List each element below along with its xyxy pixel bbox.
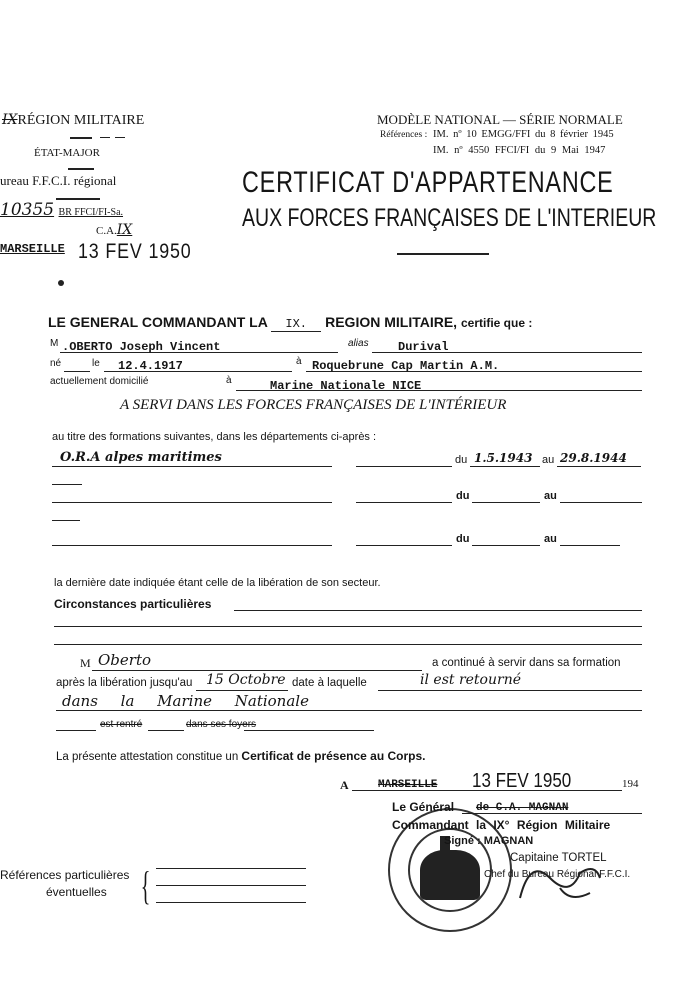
au-line [560,545,620,546]
general-label: Le Général [392,800,454,814]
reference-number-value: 10355 [0,200,54,220]
divider [70,137,92,139]
signe-line: Signé : MAGNAN [444,835,533,847]
du-label: du [455,454,467,466]
general-name: de C.A. MAGNAN [476,802,568,814]
stamp-date: 13 FEV 1950 [78,240,192,264]
ca-label: C.A.IX [96,222,132,238]
circumstances-line [54,626,642,627]
handwritten-signature [500,848,620,908]
formation-line [52,466,332,467]
ink-spot [58,280,64,286]
line [56,730,96,731]
du-label: du [456,490,469,502]
ca-value: IX [117,222,133,238]
attestation: La présente attestation constitue un Cer… [56,749,425,763]
formation-line [52,520,80,521]
domicile-field: Marine Nationale NICE [270,379,421,393]
du-line [472,545,540,546]
served-statement: A SERVI DANS LES FORCES FRANÇAISES DE L'… [120,397,506,414]
est-rentre: est rentré [100,719,142,730]
le-label: le [92,358,100,369]
alias-label: alias [348,338,369,349]
birth-date-field: 12.4.1917 [118,359,183,373]
formation-line [52,502,332,503]
formation-line [52,545,332,546]
region-number-handwritten: IX [2,112,18,128]
department-line [356,466,452,467]
region-label: RÉGION MILITAIRE [18,113,145,128]
status-2: dans la Marine Nationale [62,692,309,710]
certify-line: LE GENERAL COMMANDANT LA IX. REGION MILI… [48,314,532,332]
au-date: 29.8.1944 [560,451,627,465]
continuation-name: Oberto [98,651,151,669]
ne-line [64,371,90,372]
status-line [378,690,642,691]
commandant-line: Commandant la IX° Région Militaire [392,818,610,832]
du-label: du [456,533,469,545]
reference-line [156,902,306,903]
formation-name: O.R.A alpes maritimes [60,450,222,465]
formation-line [52,484,82,485]
date-text: date à laquelle [292,677,367,689]
divider [100,137,110,138]
seal-emblem [420,850,480,900]
brace-icon: { [141,862,151,909]
reference-number: 10355 BR FFCI/FI-Sa. [0,200,123,220]
status-1: il est retourné [420,672,521,688]
au-line [557,466,641,467]
reference-2: IM. nº 4550 FFCI/FI du 9 Mai 1947 [433,145,605,156]
etat-major-label: ÉTAT-MAJOR [34,147,100,159]
liberation-note: la dernière date indiquée étant celle de… [54,577,381,589]
alias-field: Durival [398,340,448,354]
references-label: Références : [380,130,427,140]
m-label: M [50,338,58,349]
references-label-2: éventuelles [46,885,107,899]
signature-year-suffix: 194 [622,778,639,790]
circumstances-label: Circonstances particulières [54,597,211,611]
divider [68,168,94,170]
model-label: MODÈLE NATIONAL — SÉRIE NORMALE [377,112,623,128]
department-line [356,545,452,546]
a-label: à [296,356,302,367]
reference-1: IM. nº 10 EMGG/FFI du 8 février 1945 [433,129,614,140]
domicile-label: actuellement domicilié [50,376,148,387]
divider [115,137,125,138]
apres-text: après la libération jusqu'au [56,677,192,689]
ne-label: né [50,358,61,369]
until-date: 15 Octobre [206,672,286,688]
circumstances-line [234,610,642,611]
au-label: au [544,490,557,502]
until-date-line [196,690,288,691]
signature-city: MARSEILLE [378,779,437,791]
birth-place-field: Roquebrune Cap Martin A.M. [312,359,499,373]
region-header: IXRÉGION MILITAIRE [2,112,144,129]
au-label: au [542,454,554,466]
department-line [356,502,452,503]
au-line [560,502,642,503]
du-line [472,502,540,503]
line [148,730,184,731]
title-underline [397,253,489,255]
region-number-field: IX. [271,317,321,332]
dans-foyers: dans ses foyers [186,719,256,730]
au-label: au [544,533,557,545]
title-line-1: CERTIFICAT D'APPARTENANCE [242,166,614,200]
name-field: .OBERTO Joseph Vincent [62,340,220,354]
signature-a-label: A [340,778,349,793]
line [244,730,374,731]
reference-line [156,885,306,886]
stamp-city: MARSEILLE [0,242,65,256]
title-line-2: AUX FORCES FRANÇAISES DE L'INTERIEUR [242,204,656,233]
du-line [470,466,540,467]
domicile-a-label: à [226,375,232,386]
du-date: 1.5.1943 [474,451,532,465]
reference-number-suffix: BR FFCI/FI-Sa. [59,207,123,218]
bureau-label: ureau F.F.C.I. régional [0,173,116,189]
formations-intro: au titre des formations suivantes, dans … [52,431,376,443]
circumstances-line [54,644,642,645]
signature-date: 13 FEV 1950 [472,770,571,793]
continuation-name-line [92,670,422,671]
status-line-2 [56,710,642,711]
continued-text: a continué à servir dans sa formation [432,657,621,669]
reference-line [156,868,306,869]
references-label-1: Références particulières [0,868,129,882]
continuation-m-label: M [80,656,91,671]
